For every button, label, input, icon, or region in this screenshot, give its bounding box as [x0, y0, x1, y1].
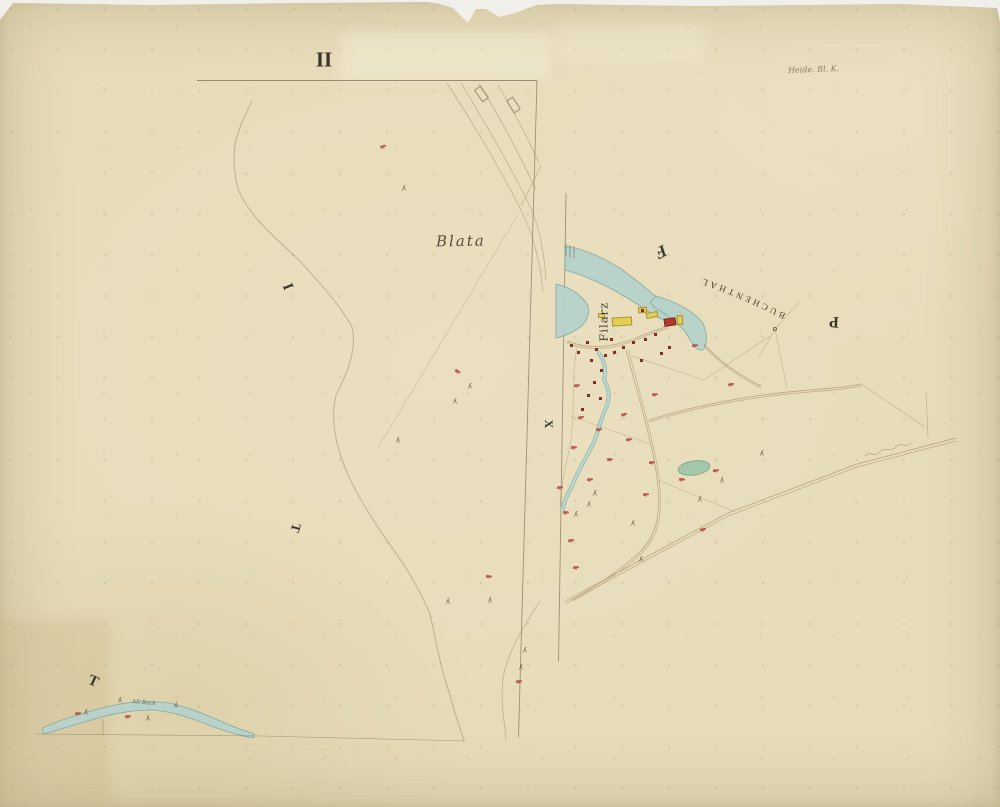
parcel-number-mark: [568, 539, 574, 541]
tree-mark: ʎ: [396, 438, 400, 445]
tree-mark: ʎ: [631, 521, 635, 528]
parcel-number-mark: [607, 458, 613, 460]
parcel-number-mark: [380, 144, 386, 147]
parcel-number-mark: [679, 478, 685, 480]
parcel-number-mark: [728, 383, 734, 385]
map-scan: BUCHENTHAL ʎʎʎʎʎʎʎʎʎʎʎʎʎʎʎʎʎʎʎʎ II I T X…: [0, 0, 1000, 807]
parcel-number-mark: [573, 566, 579, 568]
parcel-number-mark: [125, 715, 131, 717]
neighbor-letter-P: P: [829, 313, 840, 329]
tree-mark: ʎ: [587, 502, 591, 509]
parcel-number-mark: [643, 493, 649, 495]
parcel-number-mark: [486, 575, 492, 578]
region-label: Blata: [436, 234, 486, 250]
tree-mark: ʎ: [146, 716, 150, 723]
tree-mark: ʎ: [446, 599, 450, 606]
tree-mark: ʎ: [488, 598, 492, 605]
sheet-number: II: [316, 50, 332, 71]
parcel-number-mark: [587, 478, 593, 480]
parcel-number-mark: [626, 438, 632, 440]
tree-mark: ʎ: [698, 497, 702, 504]
parcel-number-mark: [621, 413, 627, 416]
parcel-number-mark: [563, 511, 569, 513]
tree-mark: ʎ: [118, 698, 122, 705]
neighbor-letter-X: X: [543, 420, 555, 429]
tree-mark: ʎ: [453, 399, 457, 406]
tree-mark: ʎ: [574, 512, 578, 519]
tree-mark: ʎ: [84, 710, 88, 717]
parcel-number-mark: [692, 344, 698, 346]
tree-mark: ʎ: [523, 648, 527, 655]
parcel-number-mark: [578, 416, 584, 418]
tree-mark: ʎ: [174, 703, 178, 710]
parcel-number-mark: [516, 680, 522, 682]
parcel-number-mark: [571, 446, 577, 448]
parcel-number-mark: [700, 528, 706, 530]
village-label: Filarz: [598, 298, 610, 346]
parcel-number-mark: [713, 469, 719, 471]
parcel-number-mark: [652, 393, 658, 395]
tree-mark: ʎ: [402, 186, 406, 193]
tree-mark: ʎ: [639, 557, 643, 564]
parcel-number-mark: [75, 712, 81, 714]
tree-mark: ʎ: [593, 491, 597, 498]
parcel-number-mark: [557, 486, 563, 488]
parcel-number-mark: [596, 428, 602, 430]
tree-mark: ʎ: [519, 665, 523, 672]
parcel-number-mark: [455, 369, 461, 374]
tree-mark: ʎ: [468, 384, 472, 391]
parcel-number-mark: [574, 384, 580, 386]
marks-layer: ʎʎʎʎʎʎʎʎʎʎʎʎʎʎʎʎʎʎʎʎ: [0, 0, 1000, 807]
tree-mark: ʎ: [760, 451, 764, 458]
parcel-number-mark: [649, 461, 655, 463]
tree-mark: ʎ: [720, 478, 724, 485]
